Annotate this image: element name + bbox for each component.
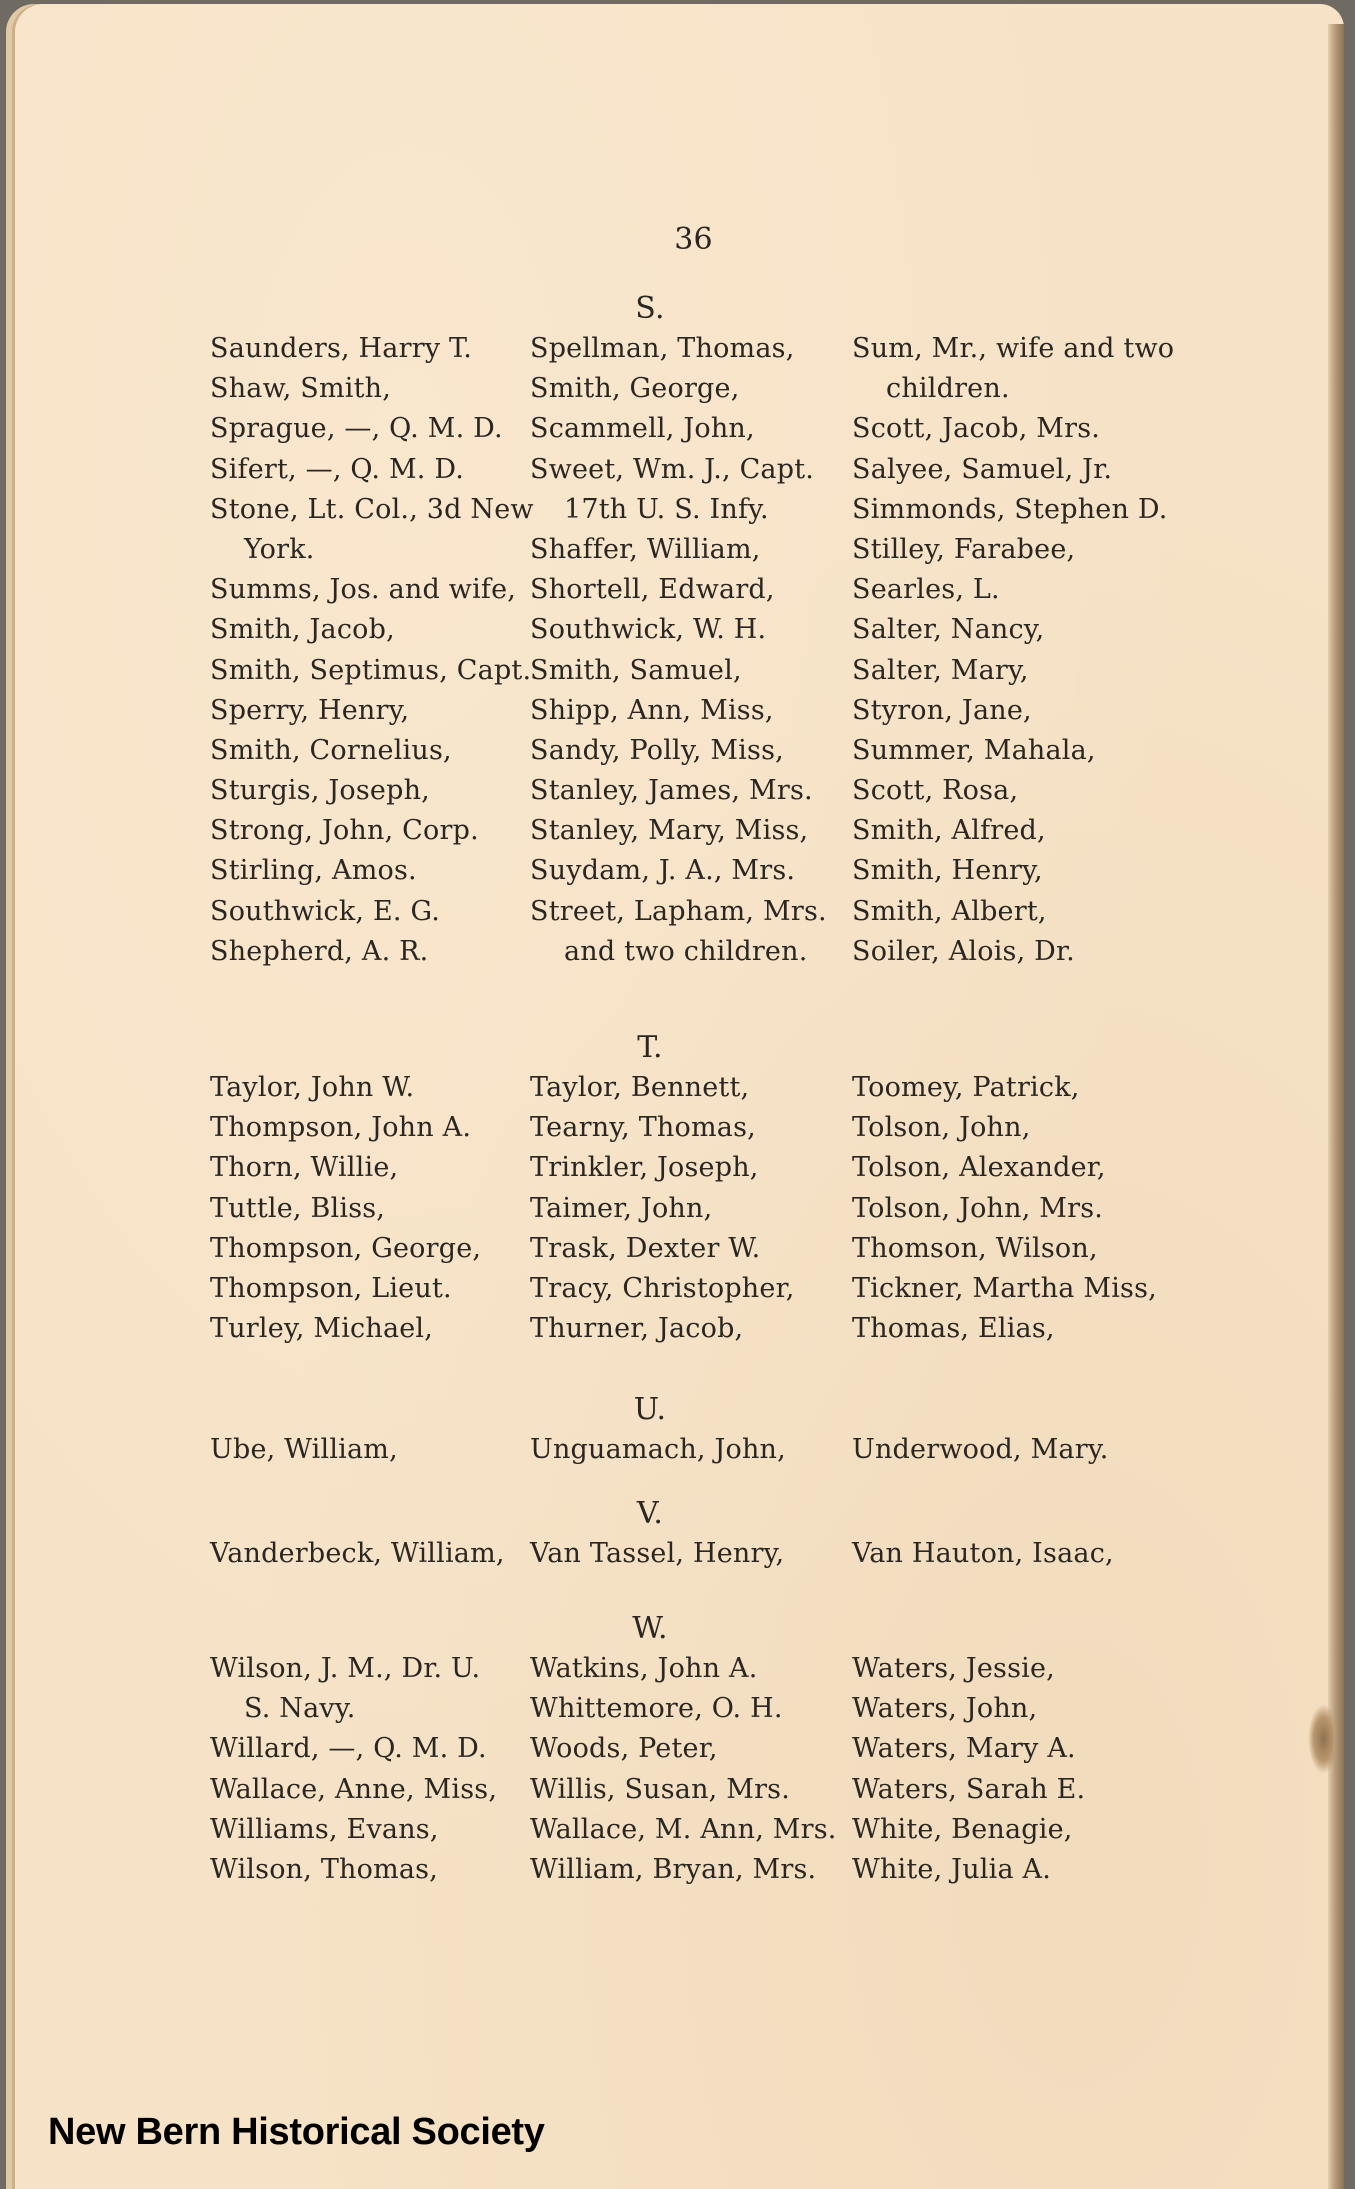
- list-item: Smith, Jacob,: [210, 610, 530, 650]
- list-item: Scott, Rosa,: [852, 771, 1192, 811]
- column-2: Unguamach, John,: [530, 1430, 852, 1470]
- list-item: Vanderbeck, William,: [210, 1534, 530, 1574]
- column-1: Vanderbeck, William,: [210, 1534, 530, 1574]
- list-item: Sweet, Wm. J., Capt.: [530, 450, 852, 490]
- list-item: Willard, —, Q. M. D.: [210, 1729, 530, 1769]
- list-item-continuation: children.: [852, 369, 1192, 409]
- list-item: Thomas, Elias,: [852, 1309, 1192, 1349]
- column-3: Toomey, Patrick, Tolson, John, Tolson, A…: [852, 1068, 1192, 1349]
- list-item: Stirling, Amos.: [210, 851, 530, 891]
- torn-edge: [1308, 1704, 1334, 1774]
- column-3: Underwood, Mary.: [852, 1430, 1192, 1470]
- section-u: U. Ube, William, Unguamach, John, Underw…: [210, 1390, 1200, 1470]
- column-3: Sum, Mr., wife and two children. Scott, …: [852, 329, 1192, 972]
- list-item: Spellman, Thomas,: [530, 329, 852, 369]
- list-item: Shepherd, A. R.: [210, 932, 530, 972]
- list-item: Strong, John, Corp.: [210, 811, 530, 851]
- list-item: Sprague, —, Q. M. D.: [210, 409, 530, 449]
- list-item: Tolson, John,: [852, 1108, 1192, 1148]
- list-item: Tolson, Alexander,: [852, 1148, 1192, 1188]
- list-item: Sum, Mr., wife and two: [852, 329, 1192, 369]
- list-item: Tuttle, Bliss,: [210, 1189, 530, 1229]
- list-item: Suydam, J. A., Mrs.: [530, 851, 852, 891]
- section-v: V. Vanderbeck, William, Van Tassel, Henr…: [210, 1494, 1200, 1574]
- column-2: Van Tassel, Henry,: [530, 1534, 852, 1574]
- name-columns: Wilson, J. M., Dr. U. S. Navy. Willard, …: [210, 1649, 1200, 1890]
- list-item: Styron, Jane,: [852, 691, 1192, 731]
- column-3: Van Hauton, Isaac,: [852, 1534, 1192, 1574]
- column-2: Watkins, John A. Whittemore, O. H. Woods…: [530, 1649, 852, 1890]
- list-item: Scott, Jacob, Mrs.: [852, 409, 1192, 449]
- list-item: Sifert, —, Q. M. D.: [210, 450, 530, 490]
- list-item: Salyee, Samuel, Jr.: [852, 450, 1192, 490]
- column-1: Wilson, J. M., Dr. U. S. Navy. Willard, …: [210, 1649, 530, 1890]
- list-item: Stanley, Mary, Miss,: [530, 811, 852, 851]
- list-item: Van Tassel, Henry,: [530, 1534, 852, 1574]
- name-columns: Ube, William, Unguamach, John, Underwood…: [210, 1430, 1200, 1470]
- list-item: Whittemore, O. H.: [530, 1689, 852, 1729]
- section-letter: U.: [100, 1390, 1200, 1430]
- list-item: Smith, Alfred,: [852, 811, 1192, 851]
- column-1: Ube, William,: [210, 1430, 530, 1470]
- list-item: Thurner, Jacob,: [530, 1309, 852, 1349]
- list-item: Woods, Peter,: [530, 1729, 852, 1769]
- list-item: Scammell, John,: [530, 409, 852, 449]
- section-letter: V.: [100, 1494, 1200, 1534]
- list-item: Salter, Mary,: [852, 651, 1192, 691]
- list-item: Sandy, Polly, Miss,: [530, 731, 852, 771]
- name-columns: Saunders, Harry T. Shaw, Smith, Sprague,…: [210, 329, 1200, 972]
- list-item: Thompson, John A.: [210, 1108, 530, 1148]
- list-item: Saunders, Harry T.: [210, 329, 530, 369]
- list-item: Toomey, Patrick,: [852, 1068, 1192, 1108]
- list-item: Shortell, Edward,: [530, 570, 852, 610]
- column-2: Taylor, Bennett, Tearny, Thomas, Trinkle…: [530, 1068, 852, 1349]
- list-item: Van Hauton, Isaac,: [852, 1534, 1192, 1574]
- section-w: W. Wilson, J. M., Dr. U. S. Navy. Willar…: [210, 1609, 1200, 1890]
- list-item: Smith, Albert,: [852, 892, 1192, 932]
- list-item: Stanley, James, Mrs.: [530, 771, 852, 811]
- list-item: Thorn, Willie,: [210, 1148, 530, 1188]
- column-1: Saunders, Harry T. Shaw, Smith, Sprague,…: [210, 329, 530, 972]
- list-item: Shaw, Smith,: [210, 369, 530, 409]
- column-3: Waters, Jessie, Waters, John, Waters, Ma…: [852, 1649, 1192, 1890]
- list-item: Trask, Dexter W.: [530, 1229, 852, 1269]
- column-2: Spellman, Thomas, Smith, George, Scammel…: [530, 329, 852, 972]
- list-item: William, Bryan, Mrs.: [530, 1850, 852, 1890]
- section-letter: W.: [100, 1609, 1200, 1649]
- name-columns: Vanderbeck, William, Van Tassel, Henry, …: [210, 1534, 1200, 1574]
- section-letter: T.: [100, 1028, 1200, 1068]
- list-item: White, Benagie,: [852, 1810, 1192, 1850]
- list-item: Wilson, Thomas,: [210, 1850, 530, 1890]
- list-item: Ube, William,: [210, 1430, 530, 1470]
- list-item: Salter, Nancy,: [852, 610, 1192, 650]
- list-item: Waters, Mary A.: [852, 1729, 1192, 1769]
- list-item: Smith, Septimus, Capt.: [210, 651, 530, 691]
- list-item-continuation: York.: [210, 530, 530, 570]
- list-item: Thompson, Lieut.: [210, 1269, 530, 1309]
- binding-edge: [1328, 24, 1344, 2189]
- list-item: Smith, George,: [530, 369, 852, 409]
- list-item: Trinkler, Joseph,: [530, 1148, 852, 1188]
- list-item: Willis, Susan, Mrs.: [530, 1770, 852, 1810]
- list-item: Smith, Cornelius,: [210, 731, 530, 771]
- list-item: Thompson, George,: [210, 1229, 530, 1269]
- list-item: Tolson, John, Mrs.: [852, 1189, 1192, 1229]
- list-item: Taylor, Bennett,: [530, 1068, 852, 1108]
- list-item: Tearny, Thomas,: [530, 1108, 852, 1148]
- list-item: Southwick, E. G.: [210, 892, 530, 932]
- list-item: Soiler, Alois, Dr.: [852, 932, 1192, 972]
- list-item: Thomson, Wilson,: [852, 1229, 1192, 1269]
- list-item: Turley, Michael,: [210, 1309, 530, 1349]
- column-1: Taylor, John W. Thompson, John A. Thorn,…: [210, 1068, 530, 1349]
- list-item: Waters, John,: [852, 1689, 1192, 1729]
- list-item: Waters, Jessie,: [852, 1649, 1192, 1689]
- list-item: Shaffer, William,: [530, 530, 852, 570]
- list-item: Taimer, John,: [530, 1189, 852, 1229]
- list-item: Smith, Samuel,: [530, 651, 852, 691]
- list-item: Wallace, M. Ann, Mrs.: [530, 1810, 852, 1850]
- list-item: Williams, Evans,: [210, 1810, 530, 1850]
- list-item: Sperry, Henry,: [210, 691, 530, 731]
- list-item-continuation: and two children.: [530, 932, 852, 972]
- list-item-continuation: S. Navy.: [210, 1689, 530, 1729]
- list-item: Searles, L.: [852, 570, 1192, 610]
- list-item: Unguamach, John,: [530, 1430, 852, 1470]
- section-s: S. Saunders, Harry T. Shaw, Smith, Sprag…: [210, 289, 1200, 972]
- list-item: Tracy, Christopher,: [530, 1269, 852, 1309]
- list-item: Smith, Henry,: [852, 851, 1192, 891]
- scanned-page: 36 S. Saunders, Harry T. Shaw, Smith, Sp…: [6, 4, 1344, 2189]
- list-item: Wilson, J. M., Dr. U.: [210, 1649, 530, 1689]
- list-item: Summs, Jos. and wife,: [210, 570, 530, 610]
- list-item: Underwood, Mary.: [852, 1430, 1192, 1470]
- list-item: Shipp, Ann, Miss,: [530, 691, 852, 731]
- page-number: 36: [6, 222, 1355, 257]
- name-columns: Taylor, John W. Thompson, John A. Thorn,…: [210, 1068, 1200, 1349]
- list-item: White, Julia A.: [852, 1850, 1192, 1890]
- list-item: Tickner, Martha Miss,: [852, 1269, 1192, 1309]
- list-item: Stone, Lt. Col., 3d New: [210, 490, 530, 530]
- list-item-continuation: 17th U. S. Infy.: [530, 490, 852, 530]
- list-item: Street, Lapham, Mrs.: [530, 892, 852, 932]
- list-item: Watkins, John A.: [530, 1649, 852, 1689]
- section-letter: S.: [100, 289, 1200, 329]
- list-item: Wallace, Anne, Miss,: [210, 1770, 530, 1810]
- list-item: Summer, Mahala,: [852, 731, 1192, 771]
- watermark: New Bern Historical Society: [48, 2111, 545, 2154]
- list-item: Sturgis, Joseph,: [210, 771, 530, 811]
- list-item: Waters, Sarah E.: [852, 1770, 1192, 1810]
- list-item: Stilley, Farabee,: [852, 530, 1192, 570]
- list-item: Southwick, W. H.: [530, 610, 852, 650]
- list-item: Taylor, John W.: [210, 1068, 530, 1108]
- section-t: T. Taylor, John W. Thompson, John A. Tho…: [210, 1028, 1200, 1349]
- list-item: Simmonds, Stephen D.: [852, 490, 1192, 530]
